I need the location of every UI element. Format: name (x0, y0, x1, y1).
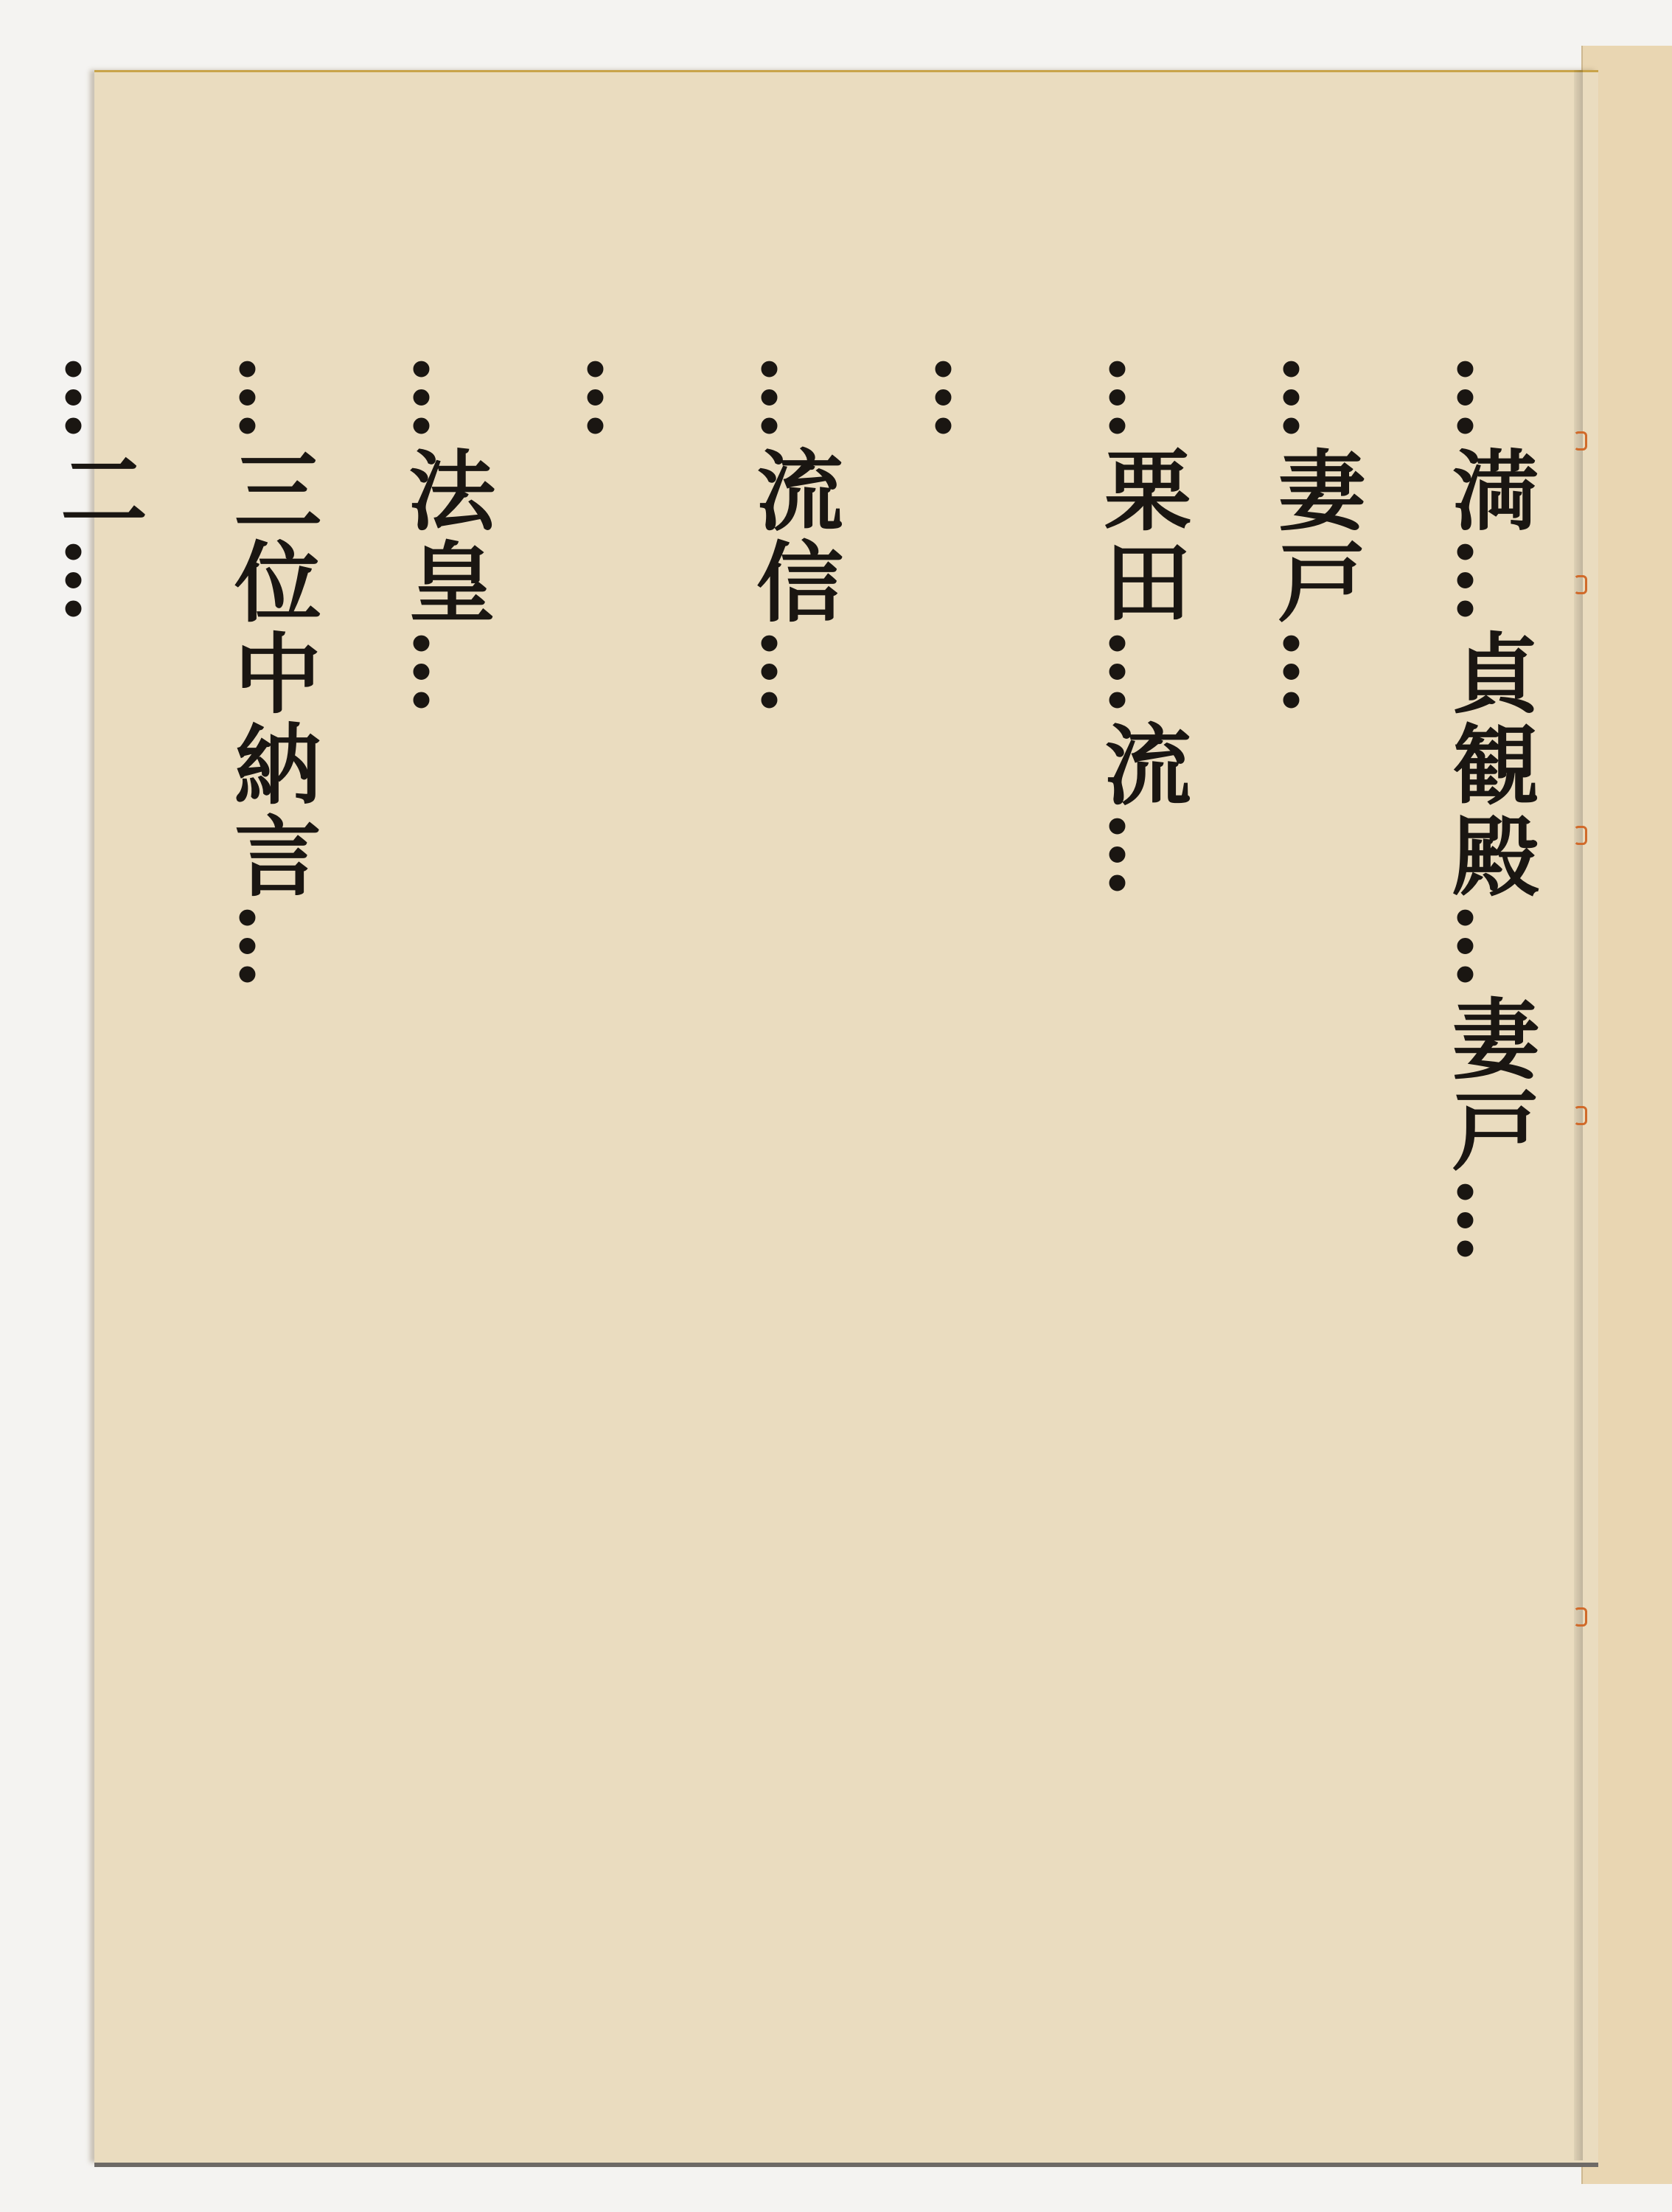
text-column: …三位中納言… (227, 354, 314, 2124)
binding-thread (1574, 1106, 1587, 1125)
binding-thread (1574, 575, 1587, 594)
text-column: …妻戸… (1271, 354, 1358, 2124)
binding-thread (1574, 826, 1587, 845)
text-column: … (575, 354, 662, 2124)
text-column: …満…貞観殿…妻戸… (1445, 354, 1532, 2124)
binding-thread (1574, 431, 1587, 451)
binding-thread (1574, 1607, 1587, 1627)
text-column: …栗田…流… (1097, 354, 1184, 2124)
text-column: …流信… (749, 354, 836, 2124)
text-columns: …満…貞観殿…妻戸… …妻戸… …栗田…流… … …流信… … …法皇… …三位… (0, 354, 1532, 2124)
text-column: … (923, 354, 1010, 2124)
text-column: …法皇… (401, 354, 488, 2124)
text-column: …二… (53, 354, 140, 2124)
